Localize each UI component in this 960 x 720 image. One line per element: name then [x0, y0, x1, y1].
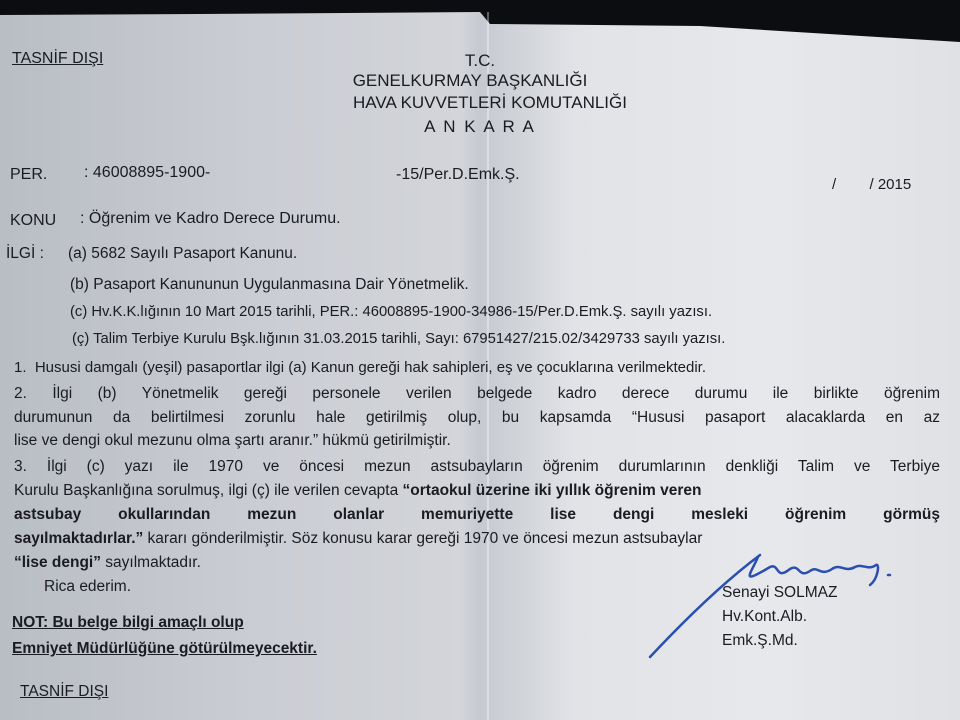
paragraph-3-line-5: “lise dengi” sayılmaktadır.	[14, 554, 201, 572]
note-line-2: Emniyet Müdürlüğüne götürülmeyecektir.	[12, 640, 317, 658]
paragraph-3-quote-start: “ortaokul üzerine iki yıllık öğrenim ver…	[403, 482, 702, 499]
paragraph-3-line-1: 3. İlgi (c) yazı ile 1970 ve öncesi mezu…	[14, 458, 940, 476]
classification-top: TASNİF DIŞI	[12, 50, 103, 68]
paragraph-2-line-1: 2. İlgi (b) Yönetmelik gereği personele …	[14, 385, 940, 403]
reference-label: PER.	[10, 166, 47, 184]
paragraph-3-line-4-text: kararı gönderilmiştir. Söz konusu karar …	[143, 530, 702, 547]
reference-suffix: -15/Per.D.Emk.Ş.	[396, 166, 520, 184]
note-line-1: NOT: Bu belge bilgi amaçlı olup	[12, 614, 244, 632]
paragraph-1: 1. Hususi damgalı (yeşil) pasaportlar il…	[14, 359, 706, 376]
paragraph-2-line-3: lise ve dengi okul mezunu olma şartı ara…	[14, 432, 451, 450]
paragraph-3-lise-dengi: “lise dengi”	[14, 554, 101, 571]
classification-bottom: TASNİF DIŞI	[20, 683, 108, 701]
signatory-rank: Hv.Kont.Alb.	[722, 608, 807, 626]
header-tc: T.C.	[330, 50, 630, 72]
paragraph-2-line-2: durumunun da belirtilmesi zorunlu hale g…	[14, 409, 940, 427]
related-item-a: (a) 5682 Sayılı Pasaport Kanunu.	[68, 245, 297, 263]
paragraph-3-quote-end: sayılmaktadırlar.”	[14, 530, 143, 547]
header-genelkurmay: GENELKURMAY BAŞKANLIĞI	[300, 70, 640, 92]
signatory-name: Senayi SOLMAZ	[722, 584, 837, 602]
related-item-b: (b) Pasaport Kanununun Uygulanmasına Dai…	[70, 276, 469, 294]
paragraph-3-line-3: astsubay okullarından mezun olanlar memu…	[14, 506, 940, 524]
header-hvkk: HAVA KUVVETLERİ KOMUTANLIĞI	[300, 92, 680, 114]
subject-label: KONU	[10, 212, 56, 230]
related-item-cc: (ç) Talim Terbiye Kurulu Bşk.lığının 31.…	[72, 331, 725, 347]
paragraph-3-line-5-text: sayılmaktadır.	[101, 554, 201, 571]
paragraph-3-line-2-text: Kurulu Başkanlığına sorulmuş, ilgi (ç) i…	[14, 482, 403, 499]
signatory-title: Emk.Ş.Md.	[722, 632, 798, 650]
reference-date: / / 2015	[832, 176, 911, 193]
reference-prefix: : 46008895-1900-	[84, 164, 210, 182]
closing: Rica ederim.	[44, 578, 131, 596]
paragraph-3-line-4: sayılmaktadırlar.” kararı gönderilmiştir…	[14, 530, 702, 548]
related-item-c: (c) Hv.K.K.lığının 10 Mart 2015 tarihli,…	[70, 304, 712, 320]
paragraph-3-line-2: Kurulu Başkanlığına sorulmuş, ilgi (ç) i…	[14, 482, 701, 500]
header-city: A N K A R A	[330, 116, 630, 138]
related-label: İLGİ :	[6, 245, 44, 263]
subject-text: : Öğrenim ve Kadro Derece Durumu.	[80, 210, 341, 228]
